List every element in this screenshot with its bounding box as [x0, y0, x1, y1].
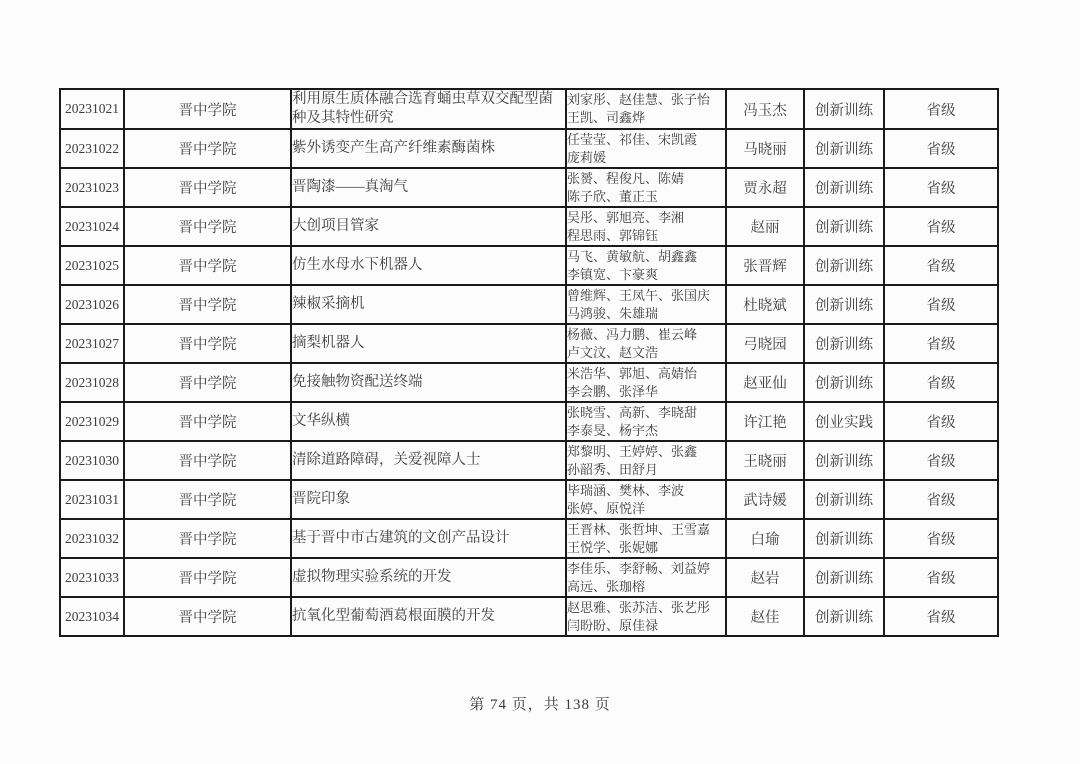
table-row: 20231034 晋中学院 抗氧化型葡萄酒葛根面膜的开发 赵思雅、张苏洁、张艺彤… [60, 597, 998, 636]
members-cell: 张赟、程俊凡、陈婧 陈子欣、董正玉 [566, 168, 726, 207]
advisor-cell: 王晓丽 [726, 441, 804, 480]
members-cell: 杨薇、冯力鹏、崔云峰 卢文汶、赵文浩 [566, 324, 726, 363]
level-cell: 省级 [884, 129, 998, 168]
members-cell: 吴彤、郭旭亮、李湘 程思雨、郭锦钰 [566, 207, 726, 246]
school-cell: 晋中学院 [124, 363, 291, 402]
project-title-cell: 清除道路障碍，关爱视障人士 [291, 441, 566, 480]
table-row: 20231026 晋中学院 辣椒采摘机 曾维辉、王凤午、张国庆 马鸿骏、朱雄瑞 … [60, 285, 998, 324]
level-cell: 省级 [884, 168, 998, 207]
project-type-cell: 创新训练 [804, 89, 884, 129]
projects-table: 20231021 晋中学院 利用原生质体融合选育蛹虫草双交配型菌种及其特性研究 … [59, 88, 999, 637]
project-title-cell: 晋陶漆——真淘气 [291, 168, 566, 207]
table-row: 20231021 晋中学院 利用原生质体融合选育蛹虫草双交配型菌种及其特性研究 … [60, 89, 998, 129]
page-footer-text: 第 74 页，共 138 页 [469, 697, 611, 713]
project-id-cell: 20231032 [60, 519, 124, 558]
school-cell: 晋中学院 [124, 207, 291, 246]
project-id-cell: 20231025 [60, 246, 124, 285]
projects-table-body: 20231021 晋中学院 利用原生质体融合选育蛹虫草双交配型菌种及其特性研究 … [60, 89, 998, 636]
project-type-cell: 创新训练 [804, 597, 884, 636]
table-row: 20231028 晋中学院 免接触物资配送终端 米浩华、郭旭、高婧怡 李会鹏、张… [60, 363, 998, 402]
advisor-cell: 赵佳 [726, 597, 804, 636]
project-title-cell: 大创项目管家 [291, 207, 566, 246]
advisor-cell: 赵岩 [726, 558, 804, 597]
project-id-cell: 20231030 [60, 441, 124, 480]
school-cell: 晋中学院 [124, 324, 291, 363]
project-id-cell: 20231033 [60, 558, 124, 597]
project-id-cell: 20231028 [60, 363, 124, 402]
advisor-cell: 马晓丽 [726, 129, 804, 168]
school-cell: 晋中学院 [124, 480, 291, 519]
members-cell: 马飞、黄敏航、胡鑫鑫 李镇宽、卞豪爽 [566, 246, 726, 285]
school-cell: 晋中学院 [124, 285, 291, 324]
project-title-cell: 摘梨机器人 [291, 324, 566, 363]
table-row: 20231027 晋中学院 摘梨机器人 杨薇、冯力鹏、崔云峰 卢文汶、赵文浩 弓… [60, 324, 998, 363]
level-cell: 省级 [884, 519, 998, 558]
project-id-cell: 20231031 [60, 480, 124, 519]
project-title-cell: 文华纵横 [291, 402, 566, 441]
advisor-cell: 白瑜 [726, 519, 804, 558]
school-cell: 晋中学院 [124, 441, 291, 480]
project-type-cell: 创新训练 [804, 441, 884, 480]
members-cell: 米浩华、郭旭、高婧怡 李会鹏、张泽华 [566, 363, 726, 402]
project-title-cell: 辣椒采摘机 [291, 285, 566, 324]
project-title-cell: 紫外诱变产生高产纤维素酶菌株 [291, 129, 566, 168]
level-cell: 省级 [884, 558, 998, 597]
level-cell: 省级 [884, 285, 998, 324]
level-cell: 省级 [884, 597, 998, 636]
project-id-cell: 20231024 [60, 207, 124, 246]
level-cell: 省级 [884, 89, 998, 129]
table-row: 20231022 晋中学院 紫外诱变产生高产纤维素酶菌株 任莹莹、祁佳、宋凯霞 … [60, 129, 998, 168]
project-id-cell: 20231029 [60, 402, 124, 441]
document-page: 20231021 晋中学院 利用原生质体融合选育蛹虫草双交配型菌种及其特性研究 … [0, 0, 1080, 764]
table-row: 20231023 晋中学院 晋陶漆——真淘气 张赟、程俊凡、陈婧 陈子欣、董正玉… [60, 168, 998, 207]
school-cell: 晋中学院 [124, 129, 291, 168]
project-type-cell: 创新训练 [804, 519, 884, 558]
school-cell: 晋中学院 [124, 597, 291, 636]
members-cell: 李佳乐、李舒畅、刘益婷 高远、张珈榕 [566, 558, 726, 597]
project-title-cell: 免接触物资配送终端 [291, 363, 566, 402]
advisor-cell: 弓晓园 [726, 324, 804, 363]
project-type-cell: 创新训练 [804, 363, 884, 402]
project-title-cell: 虚拟物理实验系统的开发 [291, 558, 566, 597]
project-id-cell: 20231021 [60, 89, 124, 129]
table-row: 20231032 晋中学院 基于晋中市古建筑的文创产品设计 王晋林、张哲坤、王雪… [60, 519, 998, 558]
level-cell: 省级 [884, 402, 998, 441]
project-type-cell: 创新训练 [804, 285, 884, 324]
table-row: 20231030 晋中学院 清除道路障碍，关爱视障人士 郑黎明、王婷婷、张鑫 孙… [60, 441, 998, 480]
level-cell: 省级 [884, 363, 998, 402]
members-cell: 曾维辉、王凤午、张国庆 马鸿骏、朱雄瑞 [566, 285, 726, 324]
members-cell: 刘家彤、赵佳慧、张子怡 王凯、司鑫烨 [566, 89, 726, 129]
project-type-cell: 创业实践 [804, 402, 884, 441]
advisor-cell: 杜晓斌 [726, 285, 804, 324]
members-cell: 任莹莹、祁佳、宋凯霞 庞莉媛 [566, 129, 726, 168]
project-type-cell: 创新训练 [804, 246, 884, 285]
project-title-cell: 仿生水母水下机器人 [291, 246, 566, 285]
advisor-cell: 赵亚仙 [726, 363, 804, 402]
advisor-cell: 赵丽 [726, 207, 804, 246]
school-cell: 晋中学院 [124, 402, 291, 441]
project-id-cell: 20231027 [60, 324, 124, 363]
school-cell: 晋中学院 [124, 558, 291, 597]
school-cell: 晋中学院 [124, 519, 291, 558]
school-cell: 晋中学院 [124, 89, 291, 129]
school-cell: 晋中学院 [124, 168, 291, 207]
project-id-cell: 20231022 [60, 129, 124, 168]
project-type-cell: 创新训练 [804, 558, 884, 597]
table-row: 20231024 晋中学院 大创项目管家 吴彤、郭旭亮、李湘 程思雨、郭锦钰 赵… [60, 207, 998, 246]
project-title-cell: 晋院印象 [291, 480, 566, 519]
table-row: 20231033 晋中学院 虚拟物理实验系统的开发 李佳乐、李舒畅、刘益婷 高远… [60, 558, 998, 597]
advisor-cell: 贾永超 [726, 168, 804, 207]
members-cell: 郑黎明、王婷婷、张鑫 孙韶秀、田舒月 [566, 441, 726, 480]
table-row: 20231029 晋中学院 文华纵横 张晓雪、高新、李晓甜 李泰旻、杨宇杰 许江… [60, 402, 998, 441]
members-cell: 张晓雪、高新、李晓甜 李泰旻、杨宇杰 [566, 402, 726, 441]
project-id-cell: 20231023 [60, 168, 124, 207]
project-title-cell: 利用原生质体融合选育蛹虫草双交配型菌种及其特性研究 [291, 89, 566, 129]
level-cell: 省级 [884, 207, 998, 246]
table-row: 20231031 晋中学院 晋院印象 毕瑞涵、樊林、李波 张婷、原悦洋 武诗媛 … [60, 480, 998, 519]
project-title-cell: 基于晋中市古建筑的文创产品设计 [291, 519, 566, 558]
level-cell: 省级 [884, 480, 998, 519]
advisor-cell: 武诗媛 [726, 480, 804, 519]
project-id-cell: 20231034 [60, 597, 124, 636]
project-title-cell: 抗氧化型葡萄酒葛根面膜的开发 [291, 597, 566, 636]
members-cell: 赵思雅、张苏洁、张艺彤 闫盼盼、原佳禄 [566, 597, 726, 636]
project-type-cell: 创新训练 [804, 480, 884, 519]
advisor-cell: 冯玉杰 [726, 89, 804, 129]
level-cell: 省级 [884, 246, 998, 285]
members-cell: 毕瑞涵、樊林、李波 张婷、原悦洋 [566, 480, 726, 519]
project-type-cell: 创新训练 [804, 207, 884, 246]
school-cell: 晋中学院 [124, 246, 291, 285]
project-type-cell: 创新训练 [804, 168, 884, 207]
project-type-cell: 创新训练 [804, 129, 884, 168]
table-row: 20231025 晋中学院 仿生水母水下机器人 马飞、黄敏航、胡鑫鑫 李镇宽、卞… [60, 246, 998, 285]
level-cell: 省级 [884, 324, 998, 363]
members-cell: 王晋林、张哲坤、王雪嘉 王悦学、张妮娜 [566, 519, 726, 558]
advisor-cell: 许江艳 [726, 402, 804, 441]
level-cell: 省级 [884, 441, 998, 480]
project-type-cell: 创新训练 [804, 324, 884, 363]
page-footer: 第 74 页，共 138 页 [0, 693, 1080, 714]
project-id-cell: 20231026 [60, 285, 124, 324]
advisor-cell: 张晋辉 [726, 246, 804, 285]
